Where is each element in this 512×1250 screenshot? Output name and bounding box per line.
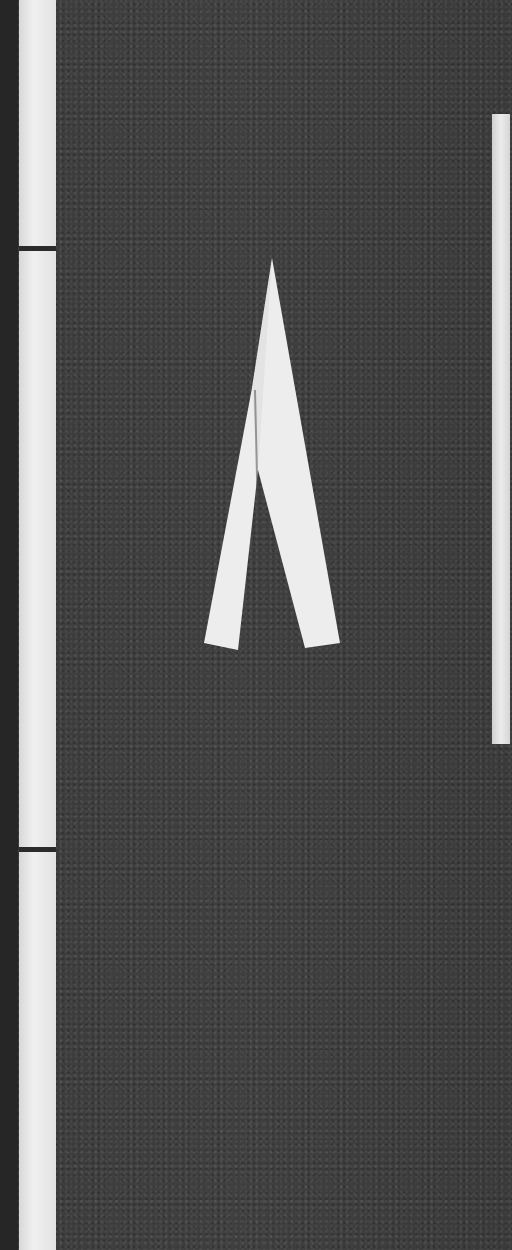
forward-arrow-marking xyxy=(0,0,512,1250)
road-scene xyxy=(0,0,512,1250)
